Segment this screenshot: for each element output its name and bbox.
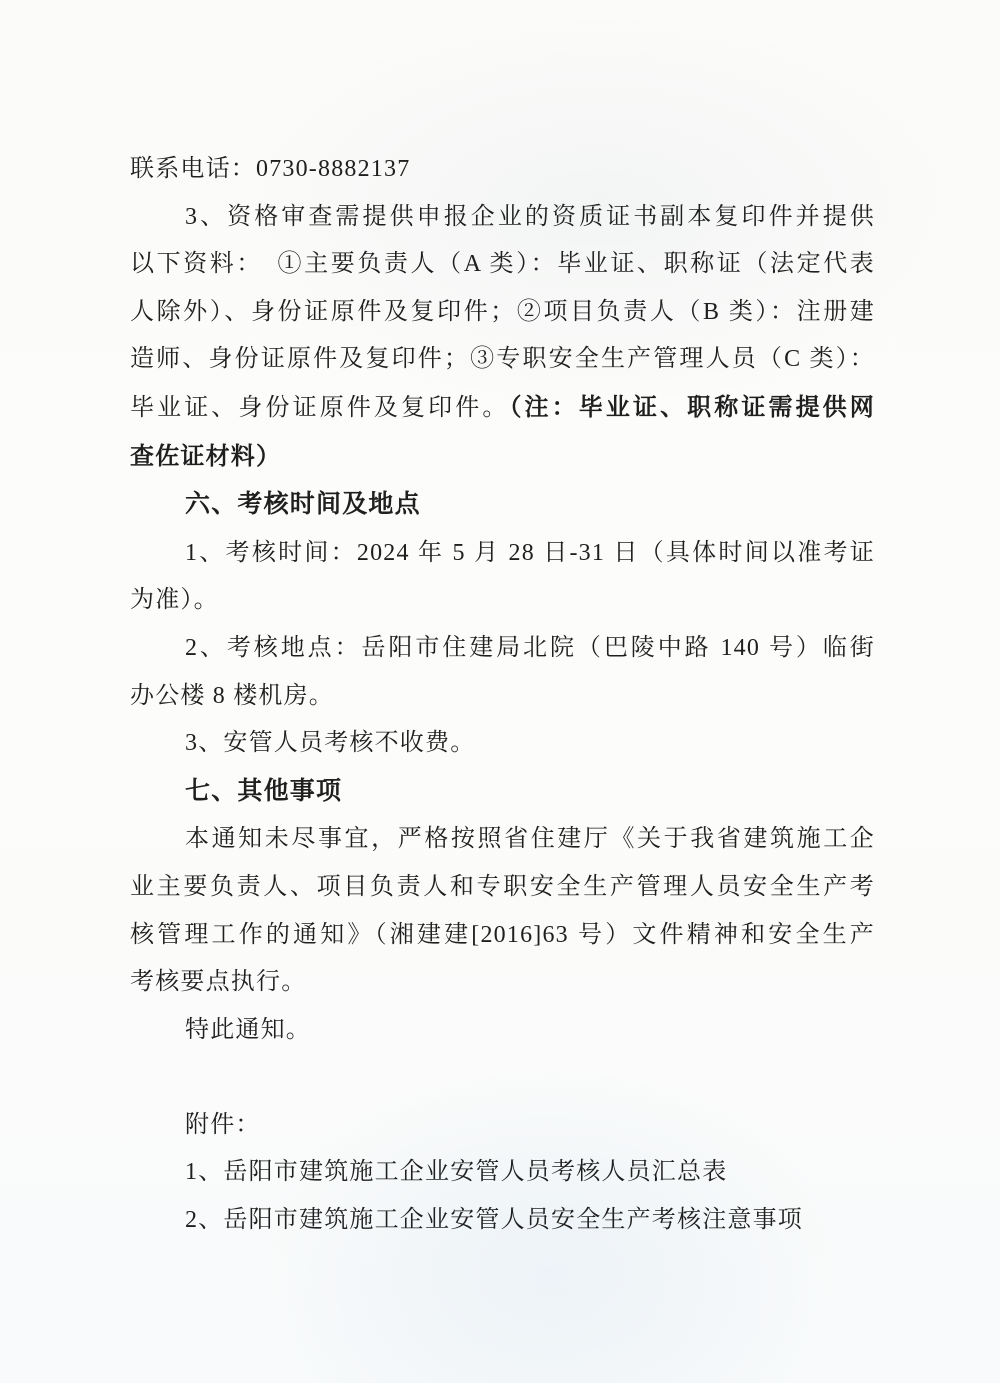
para-exam-location-line-1: 2、考核地点：岳阳市住建局北院（巴陵中路 140 号）临街: [130, 625, 875, 673]
para-other-matters-line-1: 本通知未尽事宜，严格按照省住建厅《关于我省建筑施工企: [130, 816, 875, 864]
para-exam-time-line-1: 1、考核时间：2024 年 5 月 28 日-31 日（具体时间以准考证: [130, 530, 875, 578]
blank-line: [130, 1054, 875, 1102]
text-segment: 联系电话：0730-8882137: [130, 156, 410, 182]
text-segment: 以下资料： ①主要负责人（A 类）：毕业证、职称证（法定代表: [130, 251, 875, 277]
para-qualification-review-line-1: 3、资格审查需提供申报企业的资质证书副本复印件并提供: [130, 194, 875, 242]
para-qualification-review-line-2: 以下资料： ①主要负责人（A 类）：毕业证、职称证（法定代表: [130, 241, 875, 289]
text-segment: 特此通知。: [185, 1017, 311, 1043]
para-qualification-review-line-6: 查佐证材料）: [130, 433, 875, 482]
text-segment: 本通知未尽事宜，严格按照省住建厅《关于我省建筑施工企: [185, 826, 875, 852]
para-other-matters-line-3: 核管理工作的通知》（湘建建[2016]63 号）文件精神和安全生产: [130, 912, 875, 960]
text-segment: 为准）。: [130, 587, 219, 613]
text-segment: 1、考核时间：2024 年 5 月 28 日-31 日（具体时间以准考证: [185, 540, 875, 566]
para-other-matters-line-2: 业主要负责人、项目负责人和专职安全生产管理人员安全生产考: [130, 864, 875, 912]
text-segment: 查佐证材料）: [130, 443, 281, 470]
para-hereby-notice: 特此通知。: [130, 1007, 875, 1055]
text-segment: 毕业证、身份证原件及复印件。: [130, 395, 509, 421]
para-qualification-review-line-4: 造师、身份证原件及复印件；③专职安全生产管理人员（C 类）：: [130, 336, 875, 384]
attachment-item-2: 2、岳阳市建筑施工企业安管人员安全生产考核注意事项: [130, 1197, 875, 1245]
para-exam-fee: 3、安管人员考核不收费。: [130, 720, 875, 768]
para-exam-time-line-2: 为准）。: [130, 577, 875, 625]
text-segment: 七、其他事项: [185, 777, 342, 805]
contact-phone-line: 联系电话：0730-8882137: [130, 146, 875, 194]
text-segment: 附件：: [185, 1112, 261, 1138]
heading-section-6: 六、考核时间及地点: [130, 481, 875, 530]
para-qualification-review-line-3: 人除外）、身份证原件及复印件；②项目负责人（B 类）：注册建: [130, 289, 875, 337]
text-segment: 办公楼 8 楼机房。: [130, 683, 334, 709]
document-body: 联系电话：0730-88821373、资格审查需提供申报企业的资质证书副本复印件…: [130, 146, 875, 1245]
para-exam-location-line-2: 办公楼 8 楼机房。: [130, 673, 875, 721]
text-segment: 1、岳阳市建筑施工企业安管人员考核人员汇总表: [185, 1159, 727, 1185]
para-qualification-review-line-5: 毕业证、身份证原件及复印件。（注：毕业证、职称证需提供网: [130, 384, 875, 433]
text-segment: 考核要点执行。: [130, 969, 306, 995]
text-segment: 2、岳阳市建筑施工企业安管人员安全生产考核注意事项: [185, 1207, 803, 1233]
text-segment: 2、考核地点：岳阳市住建局北院（巴陵中路 140 号）临街: [185, 635, 875, 661]
text-segment: 核管理工作的通知》（湘建建[2016]63 号）文件精神和安全生产: [130, 922, 875, 948]
attachment-item-1: 1、岳阳市建筑施工企业安管人员考核人员汇总表: [130, 1149, 875, 1197]
text-segment: 3、安管人员考核不收费。: [185, 730, 475, 756]
document-page: 联系电话：0730-88821373、资格审查需提供申报企业的资质证书副本复印件…: [0, 0, 1000, 1383]
text-segment: 六、考核时间及地点: [185, 490, 421, 518]
text-segment: 人除外）、身份证原件及复印件；②项目负责人（B 类）：注册建: [130, 299, 875, 325]
heading-section-7: 七、其他事项: [130, 768, 875, 817]
text-segment: 业主要负责人、项目负责人和专职安全生产管理人员安全生产考: [130, 874, 875, 900]
attachments-label: 附件：: [130, 1102, 875, 1150]
text-segment: 造师、身份证原件及复印件；③专职安全生产管理人员（C 类）：: [130, 346, 875, 372]
text-segment: （注：毕业证、职称证需提供网: [509, 394, 875, 421]
para-other-matters-line-4: 考核要点执行。: [130, 959, 875, 1007]
text-segment: 3、资格审查需提供申报企业的资质证书副本复印件并提供: [185, 204, 875, 230]
